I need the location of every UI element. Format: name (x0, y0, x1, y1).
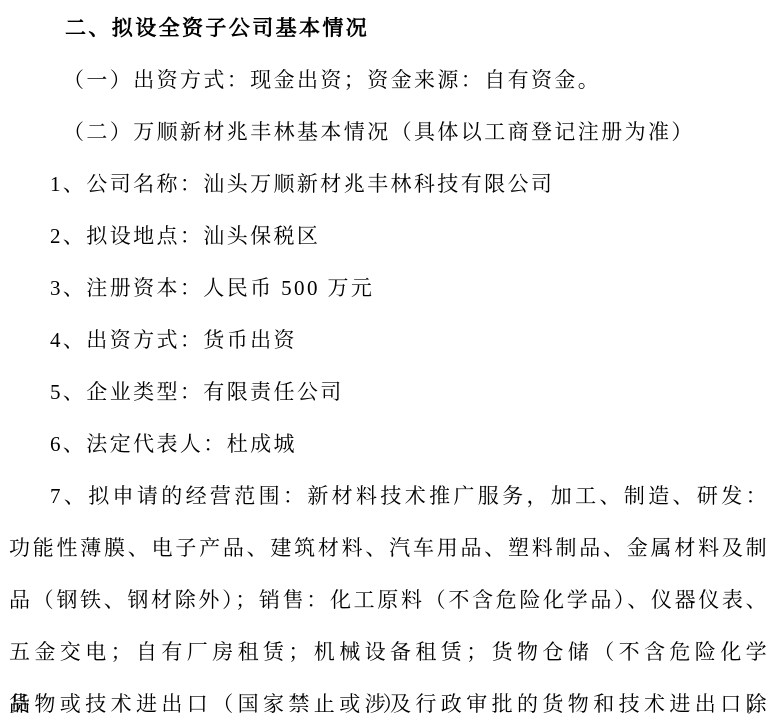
item-business-scope-line-3: 品（钢铁、钢材除外）；销售：化工原料（不含危险化学品）、仪器仪表、 (9, 574, 769, 626)
item-business-scope-line-2: 功能性薄膜、电子产品、建筑材料、汽车用品、塑料制品、金属材料及制 (9, 522, 769, 574)
document-page: 二、拟设全资子公司基本情况 （一）出资方式：现金出资；资金来源：自有资金。 （二… (0, 0, 771, 723)
item-registered-capital: 3、注册资本：人民币 500 万元 (9, 262, 769, 314)
item-location: 2、拟设地点：汕头保税区 (9, 210, 769, 262)
item-contribution-method: 4、出资方式：货币出资 (9, 314, 769, 366)
item-company-name: 1、公司名称：汕头万顺新材兆丰林科技有限公司 (9, 158, 769, 210)
item-company-type: 5、企业类型：有限责任公司 (9, 366, 769, 418)
section-heading: 二、拟设全资子公司基本情况 (9, 2, 769, 54)
item-business-scope-line-1: 7、拟申请的经营范围：新材料技术推广服务，加工、制造、研发： (9, 470, 769, 522)
document-content: 二、拟设全资子公司基本情况 （一）出资方式：现金出资；资金来源：自有资金。 （二… (9, 2, 769, 723)
item-business-scope-line-5: 货物或技术进出口（国家禁止或涉及行政审批的货物和技术进出口除外）。 (9, 678, 769, 723)
subsection-basic-info: （二）万顺新材兆丰林基本情况（具体以工商登记注册为准） (9, 106, 769, 158)
item-business-scope-line-4: 五金交电；自有厂房租赁；机械设备租赁；货物仓储（不含危险化学品）； (9, 626, 769, 678)
subsection-funding-method: （一）出资方式：现金出资；资金来源：自有资金。 (9, 54, 769, 106)
item-legal-representative: 6、法定代表人：杜成城 (9, 418, 769, 470)
